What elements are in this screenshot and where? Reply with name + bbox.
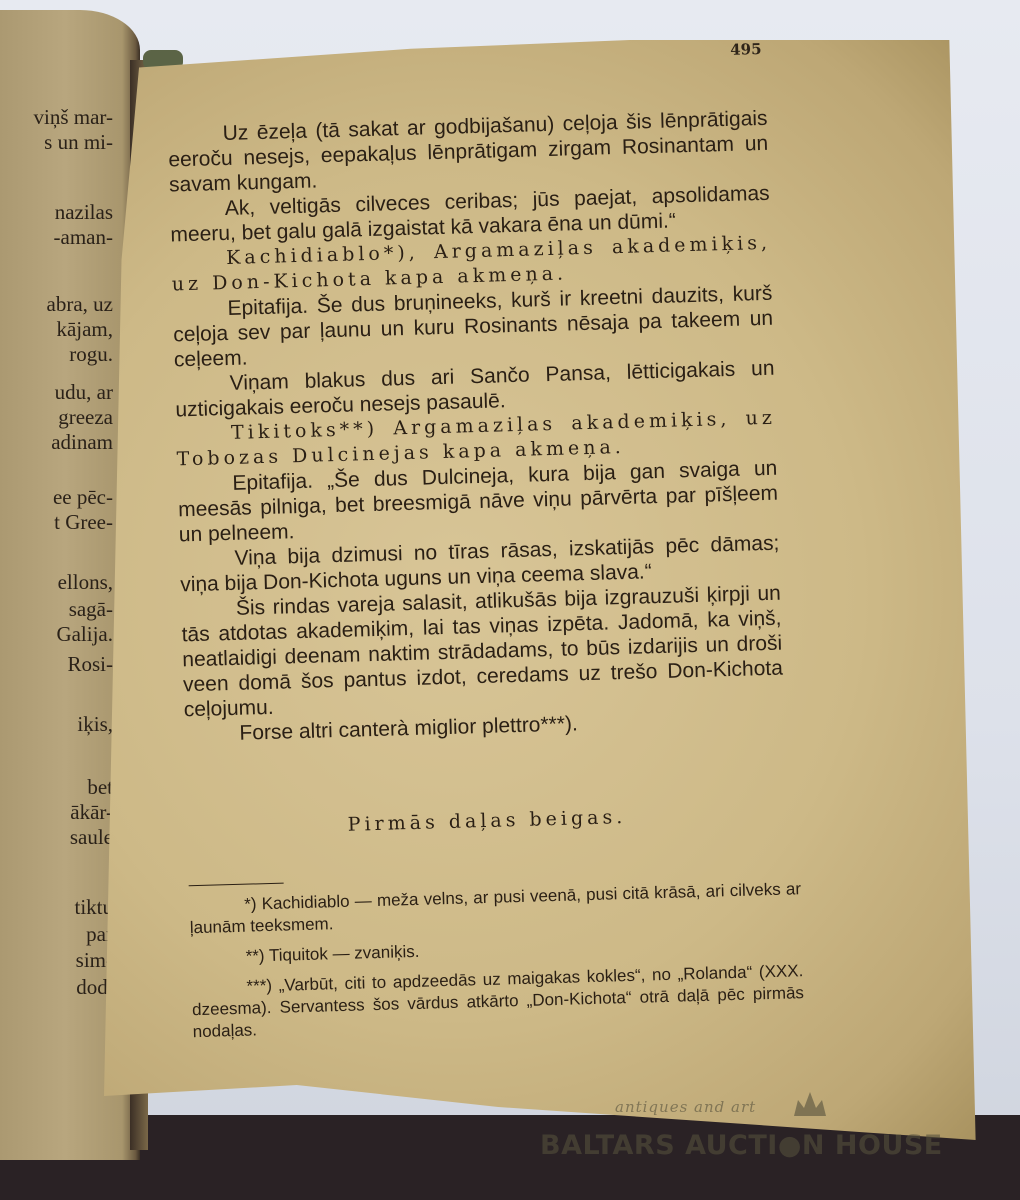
left-page-fragment: sagā- [69,597,113,622]
left-page-fragment: ākār- [70,800,113,825]
footnote: *) Kachidiablo — meža velns, ar pusi vee… [189,878,802,939]
left-page-fragment: abra, uz [47,292,113,317]
left-page-fragment: tiktu [74,895,113,920]
left-page-fragment: s un mi- [44,130,113,155]
watermark-tagline: antiques and art [615,1098,756,1116]
left-page-fragment: greeza [58,405,113,430]
left-page-fragment: viņš mar- [34,105,113,130]
left-page-fragment: -aman- [54,225,113,250]
footnote: ***) „Varbūt, citi to apdzeedās uz maiga… [191,960,805,1043]
left-page-fragment: iķis, [77,712,113,737]
section-end-heading: Pirmās daļas beigas. [187,802,787,841]
footnote-divider [189,883,284,887]
body-text: Uz ēzeļa (tā sakat ar godbijašanu) ceļoj… [167,106,784,748]
left-page-fragment: Rosi- [67,652,113,677]
left-page-fragment: rogu. [69,342,113,367]
footnotes: *) Kachidiablo — meža velns, ar pusi vee… [189,878,805,1051]
page-content: 495 Uz ēzeļa (tā sakat ar godbijašanu) c… [165,33,814,1110]
left-page-fragment: t Gree- [54,510,113,535]
left-page-fragment: adinam [51,430,113,455]
left-page-fragment: nazilas [55,200,113,225]
left-page-fragment: ellons, [58,570,113,595]
crown-icon [792,1090,828,1118]
left-page-fragment: Galija. [56,622,113,647]
left-page-fragment: kājam, [56,317,113,342]
left-page-fragment: ee pēc- [53,485,113,510]
watermark-name: BALTARS AUCTI●N HOUSE [540,1130,943,1161]
left-page-text-fragments: viņš mar-s un mi-nazilas-aman-abra, uzkā… [0,10,125,1160]
watermark: antiques and art BALTARS AUCTI●N HOUSE [540,1098,940,1168]
left-page-fragment: saule [70,825,113,850]
left-page-fragment: bet [87,775,113,800]
paragraph: Šis rindas vareja salasit, atlikušās bij… [181,581,784,723]
left-page-fragment: udu, ar [55,380,113,405]
page-number: 495 [730,40,762,59]
